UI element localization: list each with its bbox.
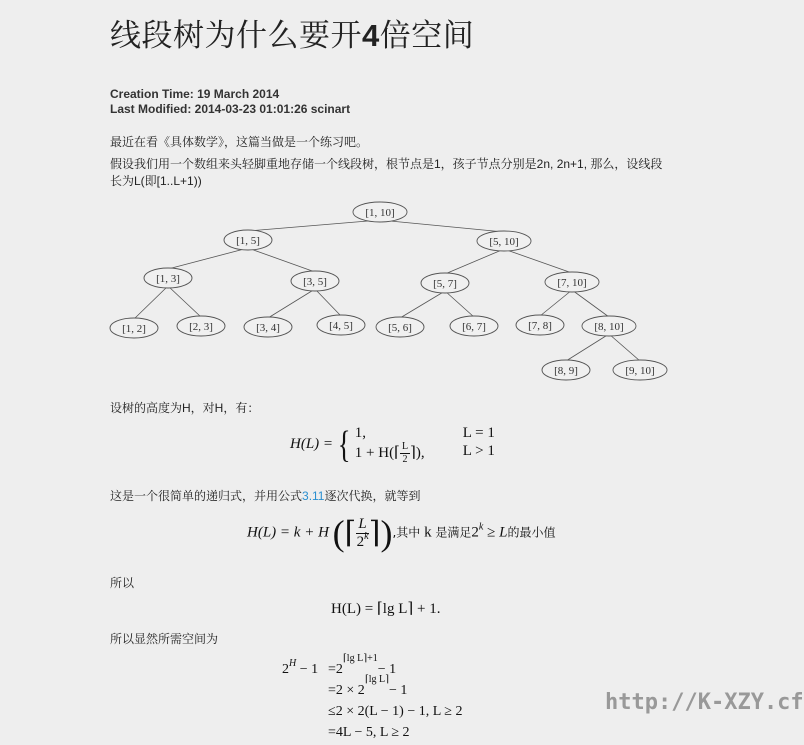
tree-node: [8, 10]	[582, 316, 636, 336]
tree-node: [8, 9]	[542, 360, 590, 380]
eq4-row-2: ≤2 × 2(L − 1) − 1, L ≥ 2	[282, 701, 462, 722]
eq1-case-2: 1 + H(⌈L2⌉), L > 1	[355, 442, 495, 465]
tree-edge	[380, 220, 504, 232]
svg-text:[8, 9]: [8, 9]	[554, 365, 578, 377]
equation-height: H(L) = ⌈lg L⌉ + 1.	[331, 599, 440, 618]
svg-text:[9, 10]: [9, 10]	[625, 365, 654, 377]
paragraph-setup: 假设我们用一个数组来头轻脚重地存储一个线段树，根节点是1，孩子节点分别是2n, …	[110, 156, 670, 190]
tree-node: [5, 6]	[376, 317, 424, 337]
tree-edge	[248, 248, 315, 272]
tree-edge	[168, 248, 248, 269]
paragraph-recursion: 这是一个很简单的递归式，并用公式3.11逐次代换，就等到	[110, 488, 670, 505]
left-paren-icon: (	[333, 513, 345, 553]
tree-node: [6, 7]	[450, 316, 498, 336]
paragraph-height: 设树的高度为H，对H，有：	[110, 400, 670, 417]
tree-node: [7, 10]	[545, 272, 599, 292]
equation-expanded: H(L) = k + H (⌈L2k⌉),其中 k 是满足2k ≥ L的最小值	[247, 512, 555, 554]
tree-edge	[400, 291, 445, 318]
watermark: http://K-XZY.cf	[605, 690, 804, 715]
tree-edge	[248, 220, 380, 231]
tree-node: [3, 4]	[244, 317, 292, 337]
tree-edge	[572, 290, 609, 317]
tree-node: [1, 2]	[110, 318, 158, 338]
tree-node: [4, 5]	[317, 315, 365, 335]
svg-text:[6, 7]: [6, 7]	[462, 321, 486, 333]
segment-tree-diagram: [1, 10][1, 5][5, 10][1, 3][3, 5][5, 7][7…	[108, 198, 673, 384]
tree-edge	[445, 249, 504, 274]
creation-time: Creation Time: 19 March 2014	[110, 87, 350, 102]
svg-text:[1, 3]: [1, 3]	[156, 273, 180, 285]
equation-recurrence: H(L) = { 1, L = 1 1 + H(⌈L2⌉), L > 1	[290, 424, 495, 465]
paragraph-therefore: 所以	[110, 575, 670, 592]
eq1-lhs: H(L) =	[290, 436, 333, 452]
tree-edge	[168, 286, 201, 317]
page-title: 线段树为什么要开4倍空间	[110, 10, 474, 55]
tree-edge	[445, 291, 474, 317]
formula-3-11-link[interactable]: 3.11	[302, 489, 324, 503]
svg-text:[3, 4]: [3, 4]	[256, 322, 280, 334]
eq4-row-1: =2 × 2⌈lg L⌉ − 1	[282, 680, 462, 701]
svg-text:[2, 3]: [2, 3]	[189, 321, 213, 333]
last-modified: Last Modified: 2014-03-23 01:01:26 scina…	[110, 102, 350, 117]
right-paren-icon: )	[380, 513, 392, 553]
svg-text:[7, 8]: [7, 8]	[528, 320, 552, 332]
svg-text:[4, 5]: [4, 5]	[329, 320, 353, 332]
svg-text:[5, 7]: [5, 7]	[433, 278, 457, 290]
paragraph-intro: 最近在看《具体数学》，这篇当做是一个练习吧。	[110, 134, 670, 151]
paragraph-space: 所以显然所需空间为	[110, 631, 670, 648]
eq2-lhs: H(L) = k + H	[247, 524, 329, 540]
tree-edge	[315, 289, 341, 316]
svg-text:[7, 10]: [7, 10]	[557, 277, 586, 289]
svg-text:[3, 5]: [3, 5]	[303, 276, 327, 288]
svg-text:[5, 10]: [5, 10]	[489, 236, 518, 248]
svg-text:[1, 5]: [1, 5]	[236, 235, 260, 247]
paragraph-setup-line1: 假设我们用一个数组来头轻脚重地存储一个线段树，根节点是1，孩子节点分别是2n, …	[110, 156, 670, 173]
tree-edge	[504, 249, 572, 273]
tree-node: [3, 5]	[291, 271, 339, 291]
tree-edge	[134, 286, 168, 319]
svg-text:[5, 6]: [5, 6]	[388, 322, 412, 334]
tree-node: [2, 3]	[177, 316, 225, 336]
article-meta: Creation Time: 19 March 2014 Last Modifi…	[110, 87, 350, 117]
equation-space-bound: 2H − 1 =2⌈lg L⌉+1− 1 =2 × 2⌈lg L⌉ − 1 ≤2…	[282, 659, 462, 743]
tree-edge	[609, 334, 640, 361]
tree-node: [1, 3]	[144, 268, 192, 288]
tree-node: [5, 7]	[421, 273, 469, 293]
tree-edge	[268, 289, 315, 318]
svg-text:[8, 10]: [8, 10]	[594, 321, 623, 333]
eq1-case-1: 1, L = 1	[355, 424, 495, 442]
title-prefix: 线段树为什么要开	[110, 18, 362, 53]
left-brace-icon: {	[338, 426, 351, 464]
tree-node: [7, 8]	[516, 315, 564, 335]
title-suffix: 倍空间	[380, 18, 475, 53]
svg-text:[1, 2]: [1, 2]	[122, 323, 146, 335]
eq4-row-3: =4L − 5, L ≥ 2	[282, 722, 462, 743]
tree-node: [1, 10]	[353, 202, 407, 222]
title-number: 4	[362, 18, 380, 53]
eq1-cases: 1, L = 1 1 + H(⌈L2⌉), L > 1	[355, 424, 495, 465]
tree-node: [9, 10]	[613, 360, 667, 380]
right-ceil-icon: ⌉	[369, 517, 381, 550]
svg-text:[1, 10]: [1, 10]	[365, 207, 394, 219]
left-ceil-icon: ⌈	[345, 517, 357, 550]
tree-node: [1, 5]	[224, 230, 272, 250]
eq2-fraction: L2k	[356, 517, 368, 550]
tree-edge	[540, 290, 572, 316]
tree-edge	[566, 334, 609, 361]
paragraph-setup-line2: 长为L(即[1..L+1))	[110, 173, 670, 190]
tree-node: [5, 10]	[477, 231, 531, 251]
